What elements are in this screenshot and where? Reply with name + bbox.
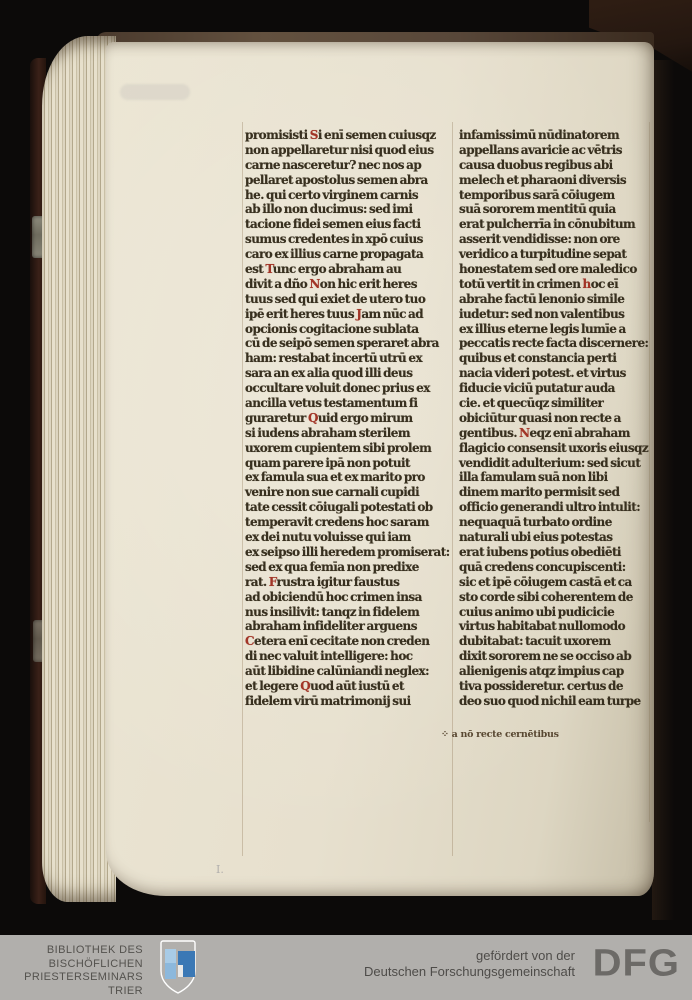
ink-text: eqz enī abraham bbox=[530, 426, 630, 440]
manuscript-line: peccatis recte facta discernere: bbox=[459, 336, 655, 351]
ink-text: peccatis recte facta discernere: bbox=[459, 336, 648, 350]
ink-text: dubitabat: tacuit uxorem bbox=[459, 634, 611, 648]
ink-text: uod aūt iustū et bbox=[310, 679, 404, 693]
manuscript-line: vendidit adulterium: sed sicut bbox=[459, 456, 655, 471]
ink-text: ex seipso illi heredem promiserat: bbox=[245, 545, 450, 559]
ink-text: et legere bbox=[245, 679, 300, 693]
ink-text: temporibus sarā cōiugem bbox=[459, 188, 615, 202]
manuscript-line: uxorem cupientem sibi prolem bbox=[245, 441, 455, 456]
ink-text: ab illo non ducimus: sed imi bbox=[245, 202, 412, 216]
manuscript-column-right: infamissimū nūdinatoremappellans avarici… bbox=[459, 128, 655, 709]
rubricated-letter: S bbox=[310, 128, 318, 142]
ink-text: divit a dño bbox=[245, 277, 309, 291]
manuscript-line: temperavit credens hoc saram bbox=[245, 515, 455, 530]
ink-text: di nec valuit intelligere: hoc bbox=[245, 649, 413, 663]
ink-text: ad obiciendū hoc crimen insa bbox=[245, 590, 422, 604]
manuscript-line: abrahe factū lenonio simile bbox=[459, 292, 655, 307]
ink-text: am nūc ad bbox=[361, 307, 423, 321]
manuscript-line: officio generandi ultro intulit: bbox=[459, 500, 655, 515]
photo-background: promisisti Si enī semen cuiusqznon appel… bbox=[0, 0, 692, 935]
manuscript-line: sic et ipē cōiugem castā et ca bbox=[459, 575, 655, 590]
ink-text: est bbox=[245, 262, 265, 276]
ink-text: on hic erit heres bbox=[320, 277, 417, 291]
rubricated-letter: T bbox=[265, 262, 272, 276]
ink-text: sto corde sibi coherentem de bbox=[459, 590, 633, 604]
library-name-line1: BIBLIOTHEK DES bbox=[0, 944, 143, 958]
ink-text: he. qui certo virginem carnis bbox=[245, 188, 418, 202]
gutter-shadow bbox=[652, 60, 680, 920]
ink-text: erat iubens potius obediēti bbox=[459, 545, 621, 559]
ink-text: ipē erit heres tuus bbox=[245, 307, 356, 321]
manuscript-line: appellans avaricie ac vētris bbox=[459, 143, 655, 158]
manuscript-line: guraretur Quid ergo mirum bbox=[245, 411, 455, 426]
ink-text: nequaquā turbato ordine bbox=[459, 515, 612, 529]
manuscript-line: dinem marito permisit sed bbox=[459, 485, 655, 500]
rubricated-letter: F bbox=[269, 575, 277, 589]
manuscript-line: flagicio consensit uxoris eiusqz bbox=[459, 441, 655, 456]
manuscript-line: tuus sed qui exiet de utero tuo bbox=[245, 292, 455, 307]
library-name-line2: BISCHÖFLICHEN bbox=[0, 958, 143, 972]
manuscript-line: quā credens concupiscenti: bbox=[459, 560, 655, 575]
dfg-logo: DFG bbox=[593, 942, 680, 985]
manuscript-line: erat iubens potius obediēti bbox=[459, 545, 655, 560]
ink-text: sara an ex alia quod illi deus bbox=[245, 366, 412, 380]
manuscript-line: cū de seipō semen speraret abra bbox=[245, 336, 455, 351]
manuscript-line: venire non sue carnali cupidi bbox=[245, 485, 455, 500]
rubricated-letter: N bbox=[309, 277, 319, 291]
funding-credit: gefördert von der Deutschen Forschungsge… bbox=[364, 948, 575, 980]
ink-text: caro ex illius carne propagata bbox=[245, 247, 423, 261]
manuscript-line: obiciūtur quasi non recte a bbox=[459, 411, 655, 426]
manuscript-line: caro ex illius carne propagata bbox=[245, 247, 455, 262]
manuscript-line: veridico a turpitudine sepat bbox=[459, 247, 655, 262]
pencil-mark: I. bbox=[216, 863, 224, 876]
ink-text: dixit sororem ne se occiso ab bbox=[459, 649, 631, 663]
manuscript-line: divit a dño Non hic erit heres bbox=[245, 277, 455, 292]
ink-text: alienigenis atqz impius cap bbox=[459, 664, 624, 678]
ink-text: cie. et quecūqz similiter bbox=[459, 396, 603, 410]
ink-text: flagicio consensit uxoris eiusqz bbox=[459, 441, 648, 455]
manuscript-line: dixit sororem ne se occiso ab bbox=[459, 649, 655, 664]
ink-text: promisisti bbox=[245, 128, 310, 142]
manuscript-line: carne nasceretur? nec nos ap bbox=[245, 158, 455, 173]
ink-text: infamissimū nūdinatorem bbox=[459, 128, 619, 142]
manuscript-line: fiducie viciū putatur auda bbox=[459, 381, 655, 396]
rubricated-letter: C bbox=[245, 634, 254, 648]
ink-text: fidelem virū matrimonij sui bbox=[245, 694, 411, 708]
ink-text: rat. bbox=[245, 575, 269, 589]
manuscript-line: tacione fidei semen eius facti bbox=[245, 217, 455, 232]
rubricated-letter: Q bbox=[300, 679, 310, 693]
ink-text: deo suo quod nichil eam turpe bbox=[459, 694, 641, 708]
manuscript-line: abraham infideliter arguens bbox=[245, 619, 455, 634]
ink-text: carne nasceretur? nec nos ap bbox=[245, 158, 421, 172]
rubricated-letter: Q bbox=[308, 411, 318, 425]
manuscript-line: fidelem virū matrimonij sui bbox=[245, 694, 455, 709]
manuscript-line: sumus credentes in xpō cuius bbox=[245, 232, 455, 247]
funding-credit-line1: gefördert von der bbox=[364, 948, 575, 964]
ink-text: sic et ipē cōiugem castā et ca bbox=[459, 575, 632, 589]
library-name-line3: PRIESTERSEMINARS TRIER bbox=[0, 971, 143, 998]
manuscript-line: tate cessit cōiugali potestati ob bbox=[245, 500, 455, 515]
ink-text: pellaret apostolus semen abra bbox=[245, 173, 428, 187]
ink-text: gentibus. bbox=[459, 426, 519, 440]
ink-text: dinem marito permisit sed bbox=[459, 485, 619, 499]
manuscript-line: promisisti Si enī semen cuiusqz bbox=[245, 128, 455, 143]
manuscript-line: erat pulcherrīa in cōnubitum bbox=[459, 217, 655, 232]
ink-text: melech et pharaoni diversis bbox=[459, 173, 626, 187]
ink-text: abraham infideliter arguens bbox=[245, 619, 417, 633]
rubricated-letter: N bbox=[519, 426, 529, 440]
ink-text: rustra igitur faustus bbox=[277, 575, 400, 589]
ink-text: asserit vendidisse: non ore bbox=[459, 232, 620, 246]
manuscript-line: cuius animo ubi pudicicie bbox=[459, 605, 655, 620]
manuscript-line: Cetera enī cecitate non creden bbox=[245, 634, 455, 649]
manuscript-line: temporibus sarā cōiugem bbox=[459, 188, 655, 203]
page-stack-fore-edge bbox=[42, 36, 116, 902]
ink-text: cū de seipō semen speraret abra bbox=[245, 336, 439, 350]
ink-text: quibus et constancia perti bbox=[459, 351, 616, 365]
manuscript-line: causa duobus regibus abi bbox=[459, 158, 655, 173]
manuscript-line: est Tunc ergo abraham au bbox=[245, 262, 455, 277]
manuscript-line: he. qui certo virginem carnis bbox=[245, 188, 455, 203]
ink-text: quā credens concupiscenti: bbox=[459, 560, 626, 574]
ink-text: tacione fidei semen eius facti bbox=[245, 217, 421, 231]
manuscript-line: ex dei nutu voluisse qui iam bbox=[245, 530, 455, 545]
manuscript-line: totū vertit in crimen hoc eī bbox=[459, 277, 655, 292]
ink-text: vendidit adulterium: sed sicut bbox=[459, 456, 640, 470]
ink-text: quam parere ipā non potuit bbox=[245, 456, 410, 470]
ink-text: fiducie viciū putatur auda bbox=[459, 381, 615, 395]
funding-credit-line2: Deutschen Forschungsgemeinschaft bbox=[364, 964, 575, 980]
manuscript-line: sed ex qua femīa non predixe bbox=[245, 560, 455, 575]
ink-text: iudetur: sed non valentibus bbox=[459, 307, 624, 321]
ink-text: totū vertit in crimen bbox=[459, 277, 583, 291]
ink-text: officio generandi ultro intulit: bbox=[459, 500, 640, 514]
ink-text: aūt libidine calūniandi neglex: bbox=[245, 664, 429, 678]
ink-text: virtus habitabat nullomodo bbox=[459, 619, 625, 633]
ink-text: ancilla vetus testamentum fi bbox=[245, 396, 418, 410]
ink-text: veridico a turpitudine sepat bbox=[459, 247, 626, 261]
manuscript-line: infamissimū nūdinatorem bbox=[459, 128, 655, 143]
ink-text: tate cessit cōiugali potestati ob bbox=[245, 500, 433, 514]
manuscript-line: tiva possideretur. certus de bbox=[459, 679, 655, 694]
manuscript-line: aūt libidine calūniandi neglex: bbox=[245, 664, 455, 679]
ink-text: tiva possideretur. certus de bbox=[459, 679, 623, 693]
ruling-line-left bbox=[242, 122, 243, 856]
ink-text: erat pulcherrīa in cōnubitum bbox=[459, 217, 635, 231]
ink-text: non appellaretur nisi quod eius bbox=[245, 143, 434, 157]
ink-text: tuus sed qui exiet de utero tuo bbox=[245, 292, 425, 306]
manuscript-line: honestatem sed ore maledico bbox=[459, 262, 655, 277]
ink-text: ex illius eterne legis lumīe a bbox=[459, 322, 626, 336]
manuscript-line: nequaquā turbato ordine bbox=[459, 515, 655, 530]
ink-text: guraretur bbox=[245, 411, 308, 425]
ink-text: appellans avaricie ac vētris bbox=[459, 143, 622, 157]
marginal-note: ⁘ a nō recte cernētibus bbox=[441, 729, 559, 740]
ink-text: sed ex qua femīa non predixe bbox=[245, 560, 419, 574]
manuscript-line: quibus et constancia perti bbox=[459, 351, 655, 366]
library-shield-cross-icon bbox=[149, 938, 207, 998]
ink-text: honestatem sed ore maledico bbox=[459, 262, 637, 276]
manuscript-line: nacia videri potest. et virtus bbox=[459, 366, 655, 381]
ink-text: ex dei nutu voluisse qui iam bbox=[245, 530, 411, 544]
manuscript-line: illa famulam suā non libi bbox=[459, 470, 655, 485]
ink-text: causa duobus regibus abi bbox=[459, 158, 613, 172]
manuscript-line: rat. Frustra igitur faustus bbox=[245, 575, 455, 590]
manuscript-line: ex famula sua et ex marito pro bbox=[245, 470, 455, 485]
manuscript-line: ad obiciendū hoc crimen insa bbox=[245, 590, 455, 605]
manuscript-line: cie. et quecūqz similiter bbox=[459, 396, 655, 411]
ink-text: nacia videri potest. et virtus bbox=[459, 366, 626, 380]
manuscript-line: sara an ex alia quod illi deus bbox=[245, 366, 455, 381]
manuscript-line: non appellaretur nisi quod eius bbox=[245, 143, 455, 158]
manuscript-line: dubitabat: tacuit uxorem bbox=[459, 634, 655, 649]
manuscript-column-left: promisisti Si enī semen cuiusqznon appel… bbox=[245, 128, 455, 709]
ink-text: opcionis cogitacione sublata bbox=[245, 322, 419, 336]
manuscript-line: quam parere ipā non potuit bbox=[245, 456, 455, 471]
manuscript-line: alienigenis atqz impius cap bbox=[459, 664, 655, 679]
ink-text: abrahe factū lenonio simile bbox=[459, 292, 624, 306]
manuscript-line: melech et pharaoni diversis bbox=[459, 173, 655, 188]
ink-text: venire non sue carnali cupidi bbox=[245, 485, 419, 499]
manuscript-line: occultare voluit donec prius ex bbox=[245, 381, 455, 396]
ink-text: ex famula sua et ex marito pro bbox=[245, 470, 425, 484]
ink-text: i enī semen cuiusqz bbox=[318, 128, 436, 142]
rubricated-letter: h bbox=[583, 277, 591, 291]
manuscript-line: suā sororem mentitū quia bbox=[459, 202, 655, 217]
ink-text: etera enī cecitate non creden bbox=[254, 634, 429, 648]
manuscript-line: naturali ubi eius potestas bbox=[459, 530, 655, 545]
ink-text: uid ergo mirum bbox=[318, 411, 413, 425]
manuscript-line: opcionis cogitacione sublata bbox=[245, 322, 455, 337]
manuscript-line: virtus habitabat nullomodo bbox=[459, 619, 655, 634]
manuscript-line: pellaret apostolus semen abra bbox=[245, 173, 455, 188]
manuscript-line: ex illius eterne legis lumīe a bbox=[459, 322, 655, 337]
ink-text: si iudens abraham sterilem bbox=[245, 426, 410, 440]
manuscript-line: ex seipso illi heredem promiserat: bbox=[245, 545, 455, 560]
manuscript-line: ab illo non ducimus: sed imi bbox=[245, 202, 455, 217]
manuscript-line: di nec valuit intelligere: hoc bbox=[245, 649, 455, 664]
ink-text: naturali ubi eius potestas bbox=[459, 530, 612, 544]
manuscript-line: deo suo quod nichil eam turpe bbox=[459, 694, 655, 709]
ink-text: obiciūtur quasi non recte a bbox=[459, 411, 621, 425]
manuscript-line: iudetur: sed non valentibus bbox=[459, 307, 655, 322]
digitized-manuscript-photo: promisisti Si enī semen cuiusqznon appel… bbox=[0, 0, 692, 1000]
library-name: BIBLIOTHEK DES BISCHÖFLICHEN PRIESTERSEM… bbox=[0, 944, 143, 998]
manuscript-line: asserit vendidisse: non ore bbox=[459, 232, 655, 247]
ink-text: illa famulam suā non libi bbox=[459, 470, 608, 484]
manuscript-line: ham: restabat incertū utrū ex bbox=[245, 351, 455, 366]
page-smudge bbox=[120, 84, 190, 100]
ink-text: nus insilivit: tanqz in fidelem bbox=[245, 605, 419, 619]
manuscript-line: ancilla vetus testamentum fi bbox=[245, 396, 455, 411]
ink-text: unc ergo abraham au bbox=[273, 262, 402, 276]
ink-text: cuius animo ubi pudicicie bbox=[459, 605, 614, 619]
manuscript-line: nus insilivit: tanqz in fidelem bbox=[245, 605, 455, 620]
ink-text: uxorem cupientem sibi prolem bbox=[245, 441, 431, 455]
ink-text: suā sororem mentitū quia bbox=[459, 202, 616, 216]
ink-text: ham: restabat incertū utrū ex bbox=[245, 351, 422, 365]
ink-text: sumus credentes in xpō cuius bbox=[245, 232, 423, 246]
manuscript-line: sto corde sibi coherentem de bbox=[459, 590, 655, 605]
ink-text: oc eī bbox=[591, 277, 618, 291]
manuscript-line: et legere Quod aūt iustū et bbox=[245, 679, 455, 694]
manuscript-line: gentibus. Neqz enī abraham bbox=[459, 426, 655, 441]
manuscript-line: si iudens abraham sterilem bbox=[245, 426, 455, 441]
footer-banner: BIBLIOTHEK DES BISCHÖFLICHEN PRIESTERSEM… bbox=[0, 935, 692, 1000]
manuscript-line: ipē erit heres tuus Jam nūc ad bbox=[245, 307, 455, 322]
ink-text: temperavit credens hoc saram bbox=[245, 515, 429, 529]
ink-text: occultare voluit donec prius ex bbox=[245, 381, 430, 395]
